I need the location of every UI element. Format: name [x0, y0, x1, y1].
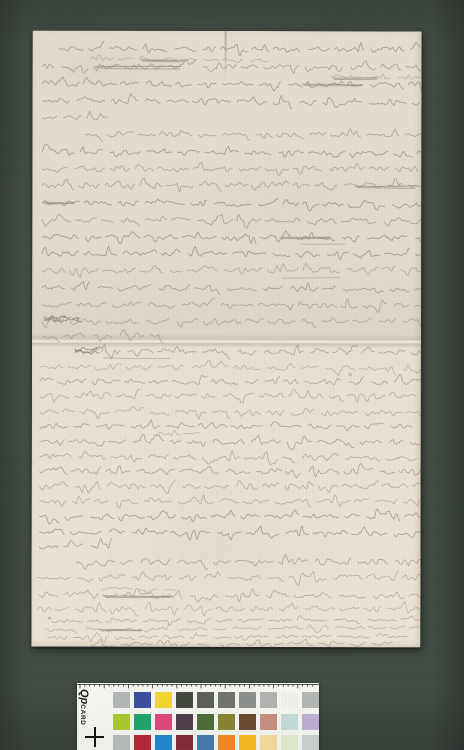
handwriting-stroke	[37, 601, 420, 617]
handwriting-stroke	[157, 430, 200, 435]
qpcard-logo-main: Qp	[78, 689, 90, 704]
color-swatch	[302, 692, 319, 708]
color-swatch	[176, 714, 193, 730]
color-swatch	[197, 692, 214, 708]
handwriting-stroke	[37, 570, 421, 585]
handwriting-stroke	[105, 597, 170, 598]
color-swatch	[218, 735, 235, 750]
handwriting-stroke	[59, 41, 420, 56]
handwriting-stroke	[77, 554, 421, 570]
handwriting-stroke	[40, 434, 422, 450]
handwriting-stroke	[357, 188, 415, 189]
handwriting-stroke	[42, 298, 422, 312]
handwriting-stroke	[42, 178, 421, 193]
handwriting-stroke	[39, 588, 421, 603]
handwriting-stroke	[42, 198, 421, 211]
handwriting-stroke	[40, 525, 422, 540]
asterisk-mark: *	[348, 372, 353, 382]
color-swatch	[155, 735, 172, 750]
handwriting-stroke	[42, 111, 108, 120]
color-swatch	[260, 735, 277, 750]
handwriting-stroke	[40, 538, 112, 549]
color-swatch	[176, 692, 193, 708]
color-swatch	[260, 714, 277, 730]
card-ruler	[77, 683, 319, 692]
handwriting-stroke	[40, 463, 422, 478]
color-swatch	[113, 692, 130, 708]
color-swatch	[155, 714, 172, 730]
handwriting-stroke	[103, 596, 171, 597]
color-swatch	[197, 735, 214, 750]
color-swatch	[302, 714, 319, 730]
color-swatch	[134, 735, 151, 750]
color-swatch	[239, 714, 256, 730]
handwriting-stroke	[42, 263, 422, 279]
handwriting-stroke	[40, 374, 422, 385]
handwriting-stroke	[40, 420, 412, 431]
handwriting-stroke	[104, 358, 170, 359]
handwriting-stroke	[45, 203, 73, 204]
handwriting-stroke	[40, 360, 421, 376]
handwriting-stroke	[42, 281, 422, 294]
color-swatch	[239, 735, 256, 750]
asterisk-mark: *	[47, 616, 52, 626]
qpcard-logo-rest: card	[79, 704, 86, 725]
handwriting-svg: **	[31, 31, 421, 648]
ruler-ticks	[77, 684, 319, 688]
handwriting-stroke	[42, 144, 421, 157]
handwriting-stroke	[42, 94, 419, 109]
color-swatch	[113, 735, 130, 750]
handwriting-stroke	[40, 389, 416, 403]
handwriting-stroke	[85, 128, 421, 142]
color-swatch	[197, 714, 214, 730]
handwriting-stroke	[282, 278, 340, 279]
handwriting-stroke	[143, 61, 184, 62]
handwriting-stroke	[42, 214, 421, 229]
color-swatch	[281, 692, 298, 708]
handwriting-stroke	[42, 330, 163, 343]
color-swatch	[134, 692, 151, 708]
photograph-backdrop: ** Qpcard	[0, 0, 464, 750]
color-swatch	[281, 714, 298, 730]
color-reference-card: Qpcard	[77, 683, 319, 750]
color-swatch	[260, 692, 277, 708]
color-swatch	[134, 714, 151, 730]
handwriting-stroke	[91, 639, 392, 648]
handwriting-stroke	[141, 60, 185, 61]
handwriting-stroke	[42, 315, 422, 329]
handwriting-stroke	[42, 162, 418, 175]
registration-cross-icon	[85, 727, 104, 747]
color-swatch	[176, 735, 193, 750]
handwriting-stroke	[40, 480, 422, 494]
letter-paper: **	[31, 31, 421, 648]
color-swatch	[218, 692, 235, 708]
handwriting-stroke	[42, 246, 421, 259]
handwriting-stroke	[42, 231, 421, 245]
handwriting-stroke	[40, 494, 421, 508]
color-grid	[113, 692, 319, 750]
qpcard-logo: Qpcard	[77, 689, 91, 725]
color-swatch	[239, 692, 256, 708]
handwriting-stroke	[98, 68, 180, 69]
handwriting-stroke	[101, 630, 140, 631]
color-swatch	[218, 714, 235, 730]
handwriting-stroke	[102, 344, 422, 359]
handwriting-stroke	[51, 615, 421, 625]
handwriting-stroke	[40, 407, 421, 420]
color-swatch	[113, 714, 130, 730]
color-swatch	[281, 735, 298, 750]
handwriting-stroke	[355, 186, 416, 187]
handwriting-stroke	[96, 66, 181, 67]
handwriting-stroke	[303, 84, 363, 85]
handwriting-stroke	[40, 450, 417, 465]
color-swatch	[155, 692, 172, 708]
handwriting-stroke	[40, 508, 420, 525]
color-swatch	[302, 735, 319, 750]
